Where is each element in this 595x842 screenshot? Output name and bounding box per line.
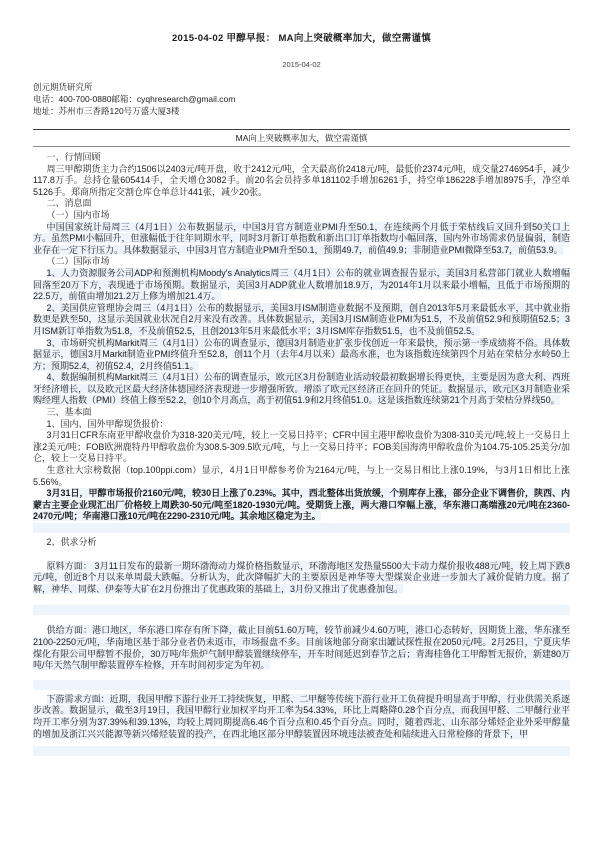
page-title: 2015-04-02 甲醇早报： MA向上突破概率加大，做空需谨慎: [33, 30, 570, 44]
para-text: 中国国家统计局周三（4月1日）公布数据显示，中国3月官方制造业PMI升至50.1…: [33, 222, 570, 255]
body-block-heading: 1、国内、国外甲醇现货报价：: [33, 419, 570, 431]
body-block-para: 1、人力资源服务公司ADP和预测机构Moody's Analytics周三（4月…: [33, 268, 570, 303]
para-text: 生意社大宗榜数据（top.100ppi.com）显示，4月1日甲醇参考价为216…: [33, 465, 570, 487]
body-block-heading: 二、消息面: [33, 198, 570, 210]
address-line: 地址：苏州市三香路120号万盛大厦3楼: [33, 105, 570, 117]
body-block-para: 生意社大宗榜数据（top.100ppi.com）显示，4月1日甲醇参考价为216…: [33, 465, 570, 488]
contact-block: 创元期货研究所 电话：400-700-0880邮箱：cyqhresearch@g…: [33, 81, 570, 117]
heading-text: 一、行情回顾: [47, 152, 101, 162]
org-name: 创元期货研究所: [33, 81, 570, 93]
phone-email-line: 电话：400-700-0880邮箱：cyqhresearch@gmail.com: [33, 93, 570, 105]
body-block-spacer: [33, 523, 570, 533]
para-text: 4、数据编制机构Markit周三（4月1日）公布的调查显示，欧元区3月份制造业活…: [33, 372, 570, 405]
heading-text: 三、基本面: [47, 407, 92, 417]
body-block-para: 中国国家统计局周三（4月1日）公布数据显示，中国3月官方制造业PMI升至50.1…: [33, 222, 570, 257]
heading-text: （二）国际市场: [47, 256, 110, 266]
report-page: 2015-04-02 甲醇早报： MA向上突破概率加大，做空需谨慎 2015-0…: [0, 0, 595, 842]
body-block-spacer: [33, 605, 570, 615]
document-body: 一、行情回顾周三甲醇期货主力合约1506以2403元/吨开盘，收于2412元/吨…: [33, 152, 570, 756]
para-text: 2、美国供应管理协会周三（4月1日）公布的数据显示，美国3月ISM制造业数据不及…: [33, 303, 570, 336]
body-block-spacer: [33, 672, 570, 680]
body-block-para: 周三甲醇期货主力合约1506以2403元/吨开盘，收于2412元/吨，全天最高价…: [33, 164, 570, 199]
body-block-heading: 2、供求分析: [33, 537, 570, 549]
heading-text: 2、供求分析: [47, 537, 97, 547]
para-text: 下游需求方面：近期，我国甲醇下游行业开工持续恢复，甲醛、二甲醚等传统下游行业开工…: [33, 694, 570, 739]
body-block-para: 3月31日CFR东南亚甲醇收盘价为318-320美元/吨，较上一交易日持平；CF…: [33, 430, 570, 465]
body-block-para: 3月31日，甲醇市场报价2160元/吨，较30日上涨了0.23%。其中，西北整体…: [33, 488, 570, 523]
para-text: 1、人力资源服务公司ADP和预测机构Moody's Analytics周三（4月…: [33, 268, 570, 301]
body-block-spacer: [33, 595, 570, 605]
body-block-heading: （一）国内市场: [33, 210, 570, 222]
para-text: 3月31日，甲醇市场报价2160元/吨，较30日上涨了0.23%。其中，西北整体…: [33, 488, 570, 521]
body-block-spacer: [33, 549, 570, 561]
body-block-para: 3、市场研究机构Markit周三（4月1日）公布的调查显示，德国3月制造业扩张步…: [33, 338, 570, 373]
para-text: 3、市场研究机构Markit周三（4月1日）公布的调查显示，德国3月制造业扩张步…: [33, 338, 570, 371]
running-header: MA向上突破概率加大，做空需谨慎: [33, 129, 570, 147]
body-block-para: 4、数据编制机构Markit周三（4月1日）公布的调查显示，欧元区3月份制造业活…: [33, 372, 570, 407]
body-block-spacer: [33, 615, 570, 625]
para-text: 供给方面：港口地区，华东港口库存有所下降，截止目前51.60万吨，较节前减少4.…: [33, 625, 570, 670]
heading-text: 1、国内、国外甲醇现货报价：: [47, 419, 169, 429]
body-block-heading: （二）国际市场: [33, 256, 570, 268]
para-text: 3月31日CFR东南亚甲醇收盘价为318-320美元/吨，较上一交易日持平；CF…: [33, 430, 570, 463]
body-block-heading: 一、行情回顾: [33, 152, 570, 164]
report-date: 2015-04-02: [33, 60, 570, 69]
heading-text: （一）国内市场: [47, 210, 110, 220]
body-block-heading: 三、基本面: [33, 407, 570, 419]
body-block-para: 供给方面：港口地区，华东港口库存有所下降，截止目前51.60万吨，较节前减少4.…: [33, 625, 570, 671]
body-block-para: 下游需求方面：近期，我国甲醇下游行业开工持续恢复，甲醛、二甲醚等传统下游行业开工…: [33, 694, 570, 740]
para-text: 周三甲醇期货主力合约1506以2403元/吨开盘，收于2412元/吨，全天最高价…: [33, 164, 570, 197]
para-text: 原料方面： 3月11日发布的最新一期环渤海动力煤价格指数显示，环渤海地区发热量5…: [33, 561, 570, 594]
heading-text: 二、消息面: [47, 198, 92, 208]
body-block-spacer: [33, 746, 570, 756]
body-block-para: 原料方面： 3月11日发布的最新一期环渤海动力煤价格指数显示，环渤海地区发热量5…: [33, 561, 570, 596]
body-block-para: 2、美国供应管理协会周三（4月1日）公布的数据显示，美国3月ISM制造业数据不及…: [33, 303, 570, 338]
body-block-spacer: [33, 680, 570, 690]
